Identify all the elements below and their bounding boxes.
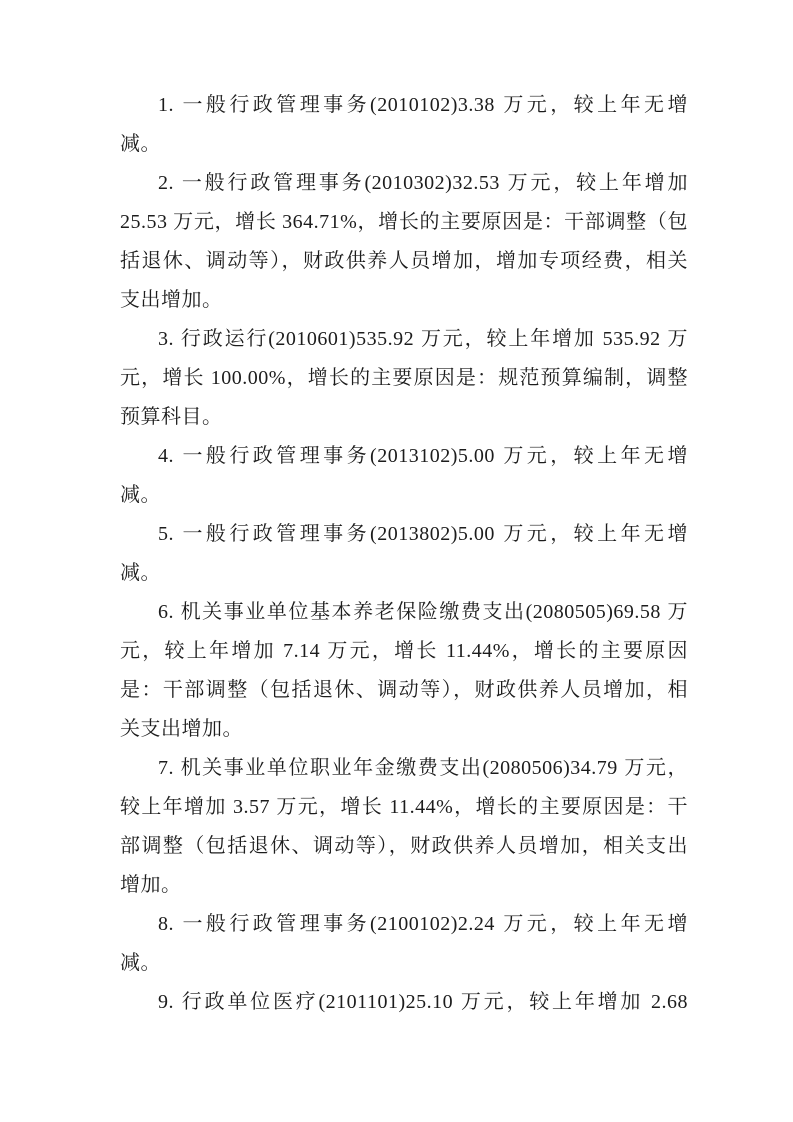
text-line: 是：干部调整（包括退休、调动等），财政供养人员增加，相 (120, 671, 688, 710)
paragraph-7: 7. 机关事业单位职业年金缴费支出(2080506)34.79 万元，较上年增加… (120, 749, 688, 905)
text-line: 3. 行政运行(2010601)535.92 万元，较上年增加 535.92 万 (120, 320, 688, 359)
text-line: 支出增加。 (120, 281, 688, 320)
text-line: 减。 (120, 554, 688, 593)
paragraph-3: 3. 行政运行(2010601)535.92 万元，较上年增加 535.92 万… (120, 320, 688, 437)
paragraph-6: 6. 机关事业单位基本养老保险缴费支出(2080505)69.58 万元，较上年… (120, 593, 688, 749)
paragraph-9: 9. 行政单位医疗(2101101)25.10 万元，较上年增加 2.68 (120, 983, 688, 1022)
text-line: 5. 一般行政管理事务(2013802)5.00 万元，较上年无增 (120, 515, 688, 554)
text-line: 2. 一般行政管理事务(2010302)32.53 万元，较上年增加 (120, 164, 688, 203)
text-line: 6. 机关事业单位基本养老保险缴费支出(2080505)69.58 万 (120, 593, 688, 632)
text-line: 增加。 (120, 866, 688, 905)
text-line: 元，较上年增加 7.14 万元，增长 11.44%，增长的主要原因 (120, 632, 688, 671)
text-line: 元，增长 100.00%，增长的主要原因是：规范预算编制，调整 (120, 359, 688, 398)
text-line: 8. 一般行政管理事务(2100102)2.24 万元，较上年无增 (120, 905, 688, 944)
text-line: 减。 (120, 125, 688, 164)
text-line: 4. 一般行政管理事务(2013102)5.00 万元，较上年无增 (120, 437, 688, 476)
document-body: 1. 一般行政管理事务(2010102)3.38 万元，较上年无增减。2. 一般… (120, 86, 688, 1022)
paragraph-2: 2. 一般行政管理事务(2010302)32.53 万元，较上年增加25.53 … (120, 164, 688, 320)
document-page: 1. 一般行政管理事务(2010102)3.38 万元，较上年无增减。2. 一般… (0, 0, 793, 1122)
text-line: 1. 一般行政管理事务(2010102)3.38 万元，较上年无增 (120, 86, 688, 125)
text-line: 减。 (120, 476, 688, 515)
paragraph-4: 4. 一般行政管理事务(2013102)5.00 万元，较上年无增减。 (120, 437, 688, 515)
text-line: 部调整（包括退休、调动等），财政供养人员增加，相关支出 (120, 827, 688, 866)
text-line: 25.53 万元，增长 364.71%，增长的主要原因是：干部调整（包 (120, 203, 688, 242)
text-line: 7. 机关事业单位职业年金缴费支出(2080506)34.79 万元， (120, 749, 688, 788)
text-line: 9. 行政单位医疗(2101101)25.10 万元，较上年增加 2.68 (120, 983, 688, 1022)
paragraph-8: 8. 一般行政管理事务(2100102)2.24 万元，较上年无增减。 (120, 905, 688, 983)
paragraph-1: 1. 一般行政管理事务(2010102)3.38 万元，较上年无增减。 (120, 86, 688, 164)
text-line: 较上年增加 3.57 万元，增长 11.44%，增长的主要原因是：干 (120, 788, 688, 827)
paragraph-5: 5. 一般行政管理事务(2013802)5.00 万元，较上年无增减。 (120, 515, 688, 593)
text-line: 关支出增加。 (120, 710, 688, 749)
text-line: 减。 (120, 944, 688, 983)
text-line: 括退休、调动等），财政供养人员增加，增加专项经费，相关 (120, 242, 688, 281)
text-line: 预算科目。 (120, 398, 688, 437)
